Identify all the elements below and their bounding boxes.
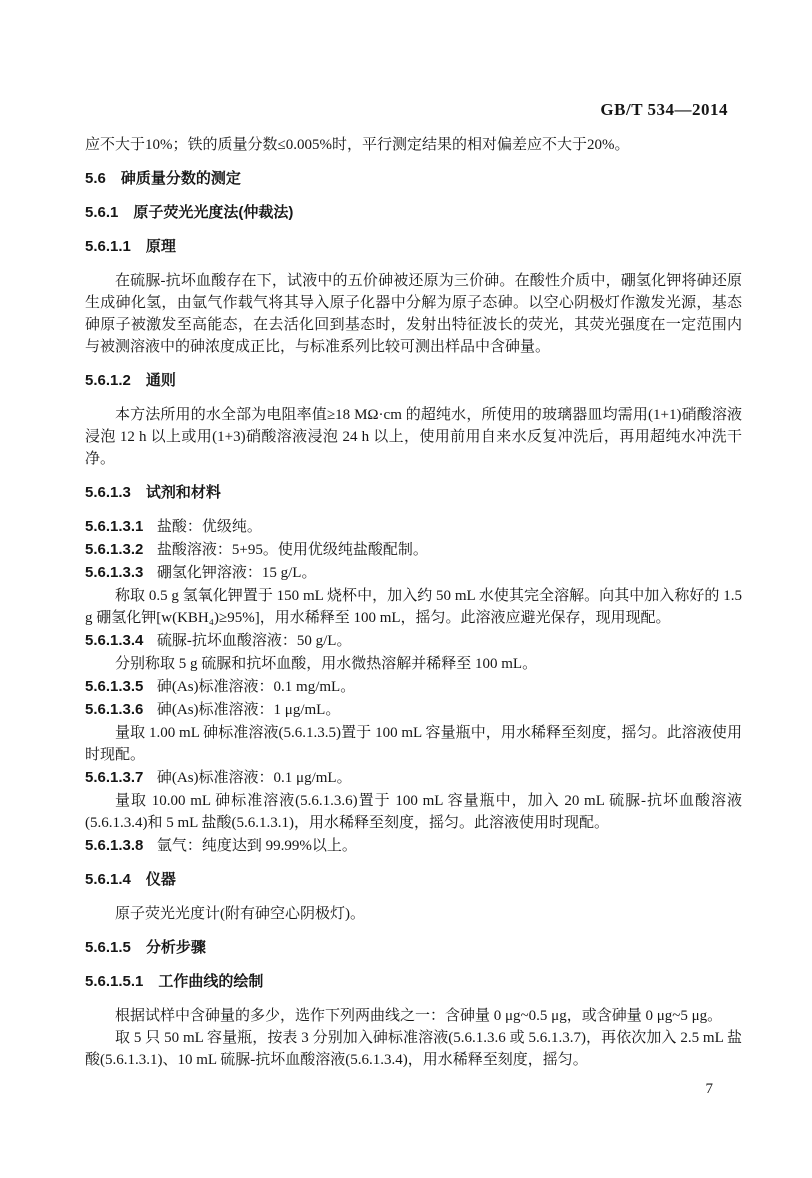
reagent-item-5-6-1-3-3: 5.6.1.3.3硼氢化钾溶液：15 g/L。 <box>85 562 742 584</box>
clause-heading-5-6-1-2: 5.6.1.2通则 <box>85 370 742 392</box>
clause-number: 5.6.1.3.3 <box>85 564 143 581</box>
reagent-text: 砷(As)标准溶液：1 μg/mL。 <box>157 702 340 718</box>
clause-title: 工作曲线的绘制 <box>158 973 263 990</box>
reagent-item-5-6-1-3-5: 5.6.1.3.5砷(As)标准溶液：0.1 mg/mL。 <box>85 676 742 698</box>
paragraph-standard-solution-1: 量取 1.00 mL 砷标准溶液(5.6.1.3.5)置于 100 mL 容量瓶… <box>85 722 742 766</box>
clause-title: 分析步骤 <box>146 939 206 956</box>
clause-number: 5.6.1.4 <box>85 871 131 888</box>
clause-title: 通则 <box>146 372 176 389</box>
document-page: GB/T 534—2014 应不大于10%；铁的质量分数≤0.005%时，平行测… <box>0 0 812 1178</box>
reagent-item-5-6-1-3-1: 5.6.1.3.1盐酸：优级纯。 <box>85 516 742 538</box>
clause-number: 5.6.1.5.1 <box>85 973 143 990</box>
clause-number: 5.6.1.3.1 <box>85 518 143 535</box>
paragraph-flask-preparation: 取 5 只 50 mL 容量瓶，按表 3 分别加入砷标准溶液(5.6.1.3.6… <box>85 1027 742 1071</box>
page-number: 7 <box>85 1081 713 1098</box>
reagent-text: 盐酸：优级纯。 <box>157 519 262 535</box>
paragraph-kbh4-preparation: 称取 0.5 g 氢氧化钾置于 150 mL 烧杯中，加入约 50 mL 水使其… <box>85 585 742 629</box>
reagent-text: 砷(As)标准溶液：0.1 mg/mL。 <box>157 679 355 695</box>
paragraph-principle: 在硫脲-抗坏血酸存在下，试液中的五价砷被还原为三价砷。在酸性介质中，硼氢化钾将砷… <box>85 270 742 358</box>
standard-code-header: GB/T 534—2014 <box>85 100 728 120</box>
clause-number: 5.6 <box>85 170 106 187</box>
clause-number: 5.6.1.3 <box>85 484 131 501</box>
clause-title: 仪器 <box>146 871 176 888</box>
paragraph-instrument: 原子荧光光度计(附有砷空心阴极灯)。 <box>85 903 742 925</box>
clause-number: 5.6.1.3.5 <box>85 678 143 695</box>
clause-heading-5-6: 5.6砷质量分数的测定 <box>85 168 742 190</box>
clause-title: 原理 <box>146 238 176 255</box>
clause-heading-5-6-1-3: 5.6.1.3试剂和材料 <box>85 482 742 504</box>
clause-title: 试剂和材料 <box>146 484 221 501</box>
clause-title: 原子荧光光度法(仲裁法) <box>133 204 293 221</box>
clause-heading-5-6-1-1: 5.6.1.1原理 <box>85 236 742 258</box>
reagent-text: 硫脲-抗坏血酸溶液：50 g/L。 <box>157 633 352 649</box>
reagent-item-5-6-1-3-4: 5.6.1.3.4硫脲-抗坏血酸溶液：50 g/L。 <box>85 630 742 652</box>
clause-number: 5.6.1.2 <box>85 372 131 389</box>
reagent-item-5-6-1-3-2: 5.6.1.3.2盐酸溶液：5+95。使用优级纯盐酸配制。 <box>85 539 742 561</box>
clause-number: 5.6.1.3.4 <box>85 632 143 649</box>
clause-heading-5-6-1-5: 5.6.1.5分析步骤 <box>85 937 742 959</box>
clause-number: 5.6.1.3.6 <box>85 701 143 718</box>
reagent-item-5-6-1-3-7: 5.6.1.3.7砷(As)标准溶液：0.1 μg/mL。 <box>85 767 742 789</box>
reagent-text: 氩气：纯度达到 99.99%以上。 <box>157 838 357 854</box>
reagent-item-5-6-1-3-6: 5.6.1.3.6砷(As)标准溶液：1 μg/mL。 <box>85 699 742 721</box>
document-body: 应不大于10%；铁的质量分数≤0.005%时，平行测定结果的相对偏差应不大于20… <box>85 134 742 1071</box>
reagent-text: 盐酸溶液：5+95。使用优级纯盐酸配制。 <box>157 542 428 558</box>
clause-heading-5-6-1-5-1: 5.6.1.5.1工作曲线的绘制 <box>85 971 742 993</box>
clause-number: 5.6.1.3.7 <box>85 769 143 786</box>
paragraph-standard-solution-2: 量取 10.00 mL 砷标准溶液(5.6.1.3.6)置于 100 mL 容量… <box>85 790 742 834</box>
reagent-text: 硼氢化钾溶液：15 g/L。 <box>157 565 317 581</box>
clause-number: 5.6.1 <box>85 204 118 221</box>
reagent-text: 砷(As)标准溶液：0.1 μg/mL。 <box>157 770 352 786</box>
clause-number: 5.6.1.1 <box>85 238 131 255</box>
clause-number: 5.6.1.3.2 <box>85 541 143 558</box>
clause-heading-5-6-1: 5.6.1原子荧光光度法(仲裁法) <box>85 202 742 224</box>
paragraph-thiourea-preparation: 分别称取 5 g 硫脲和抗坏血酸，用水微热溶解并稀释至 100 mL。 <box>85 653 742 675</box>
paragraph-general-rules: 本方法所用的水全部为电阻率值≥18 MΩ·cm 的超纯水，所使用的玻璃器皿均需用… <box>85 404 742 470</box>
paragraph-continuation: 应不大于10%；铁的质量分数≤0.005%时，平行测定结果的相对偏差应不大于20… <box>85 134 742 156</box>
paragraph-curve-selection: 根据试样中含砷量的多少，选作下列两曲线之一：含砷量 0 μg~0.5 μg，或含… <box>85 1005 742 1027</box>
reagent-item-5-6-1-3-8: 5.6.1.3.8氩气：纯度达到 99.99%以上。 <box>85 835 742 857</box>
clause-title: 砷质量分数的测定 <box>121 170 241 187</box>
clause-heading-5-6-1-4: 5.6.1.4仪器 <box>85 869 742 891</box>
clause-number: 5.6.1.5 <box>85 939 131 956</box>
clause-number: 5.6.1.3.8 <box>85 837 143 854</box>
